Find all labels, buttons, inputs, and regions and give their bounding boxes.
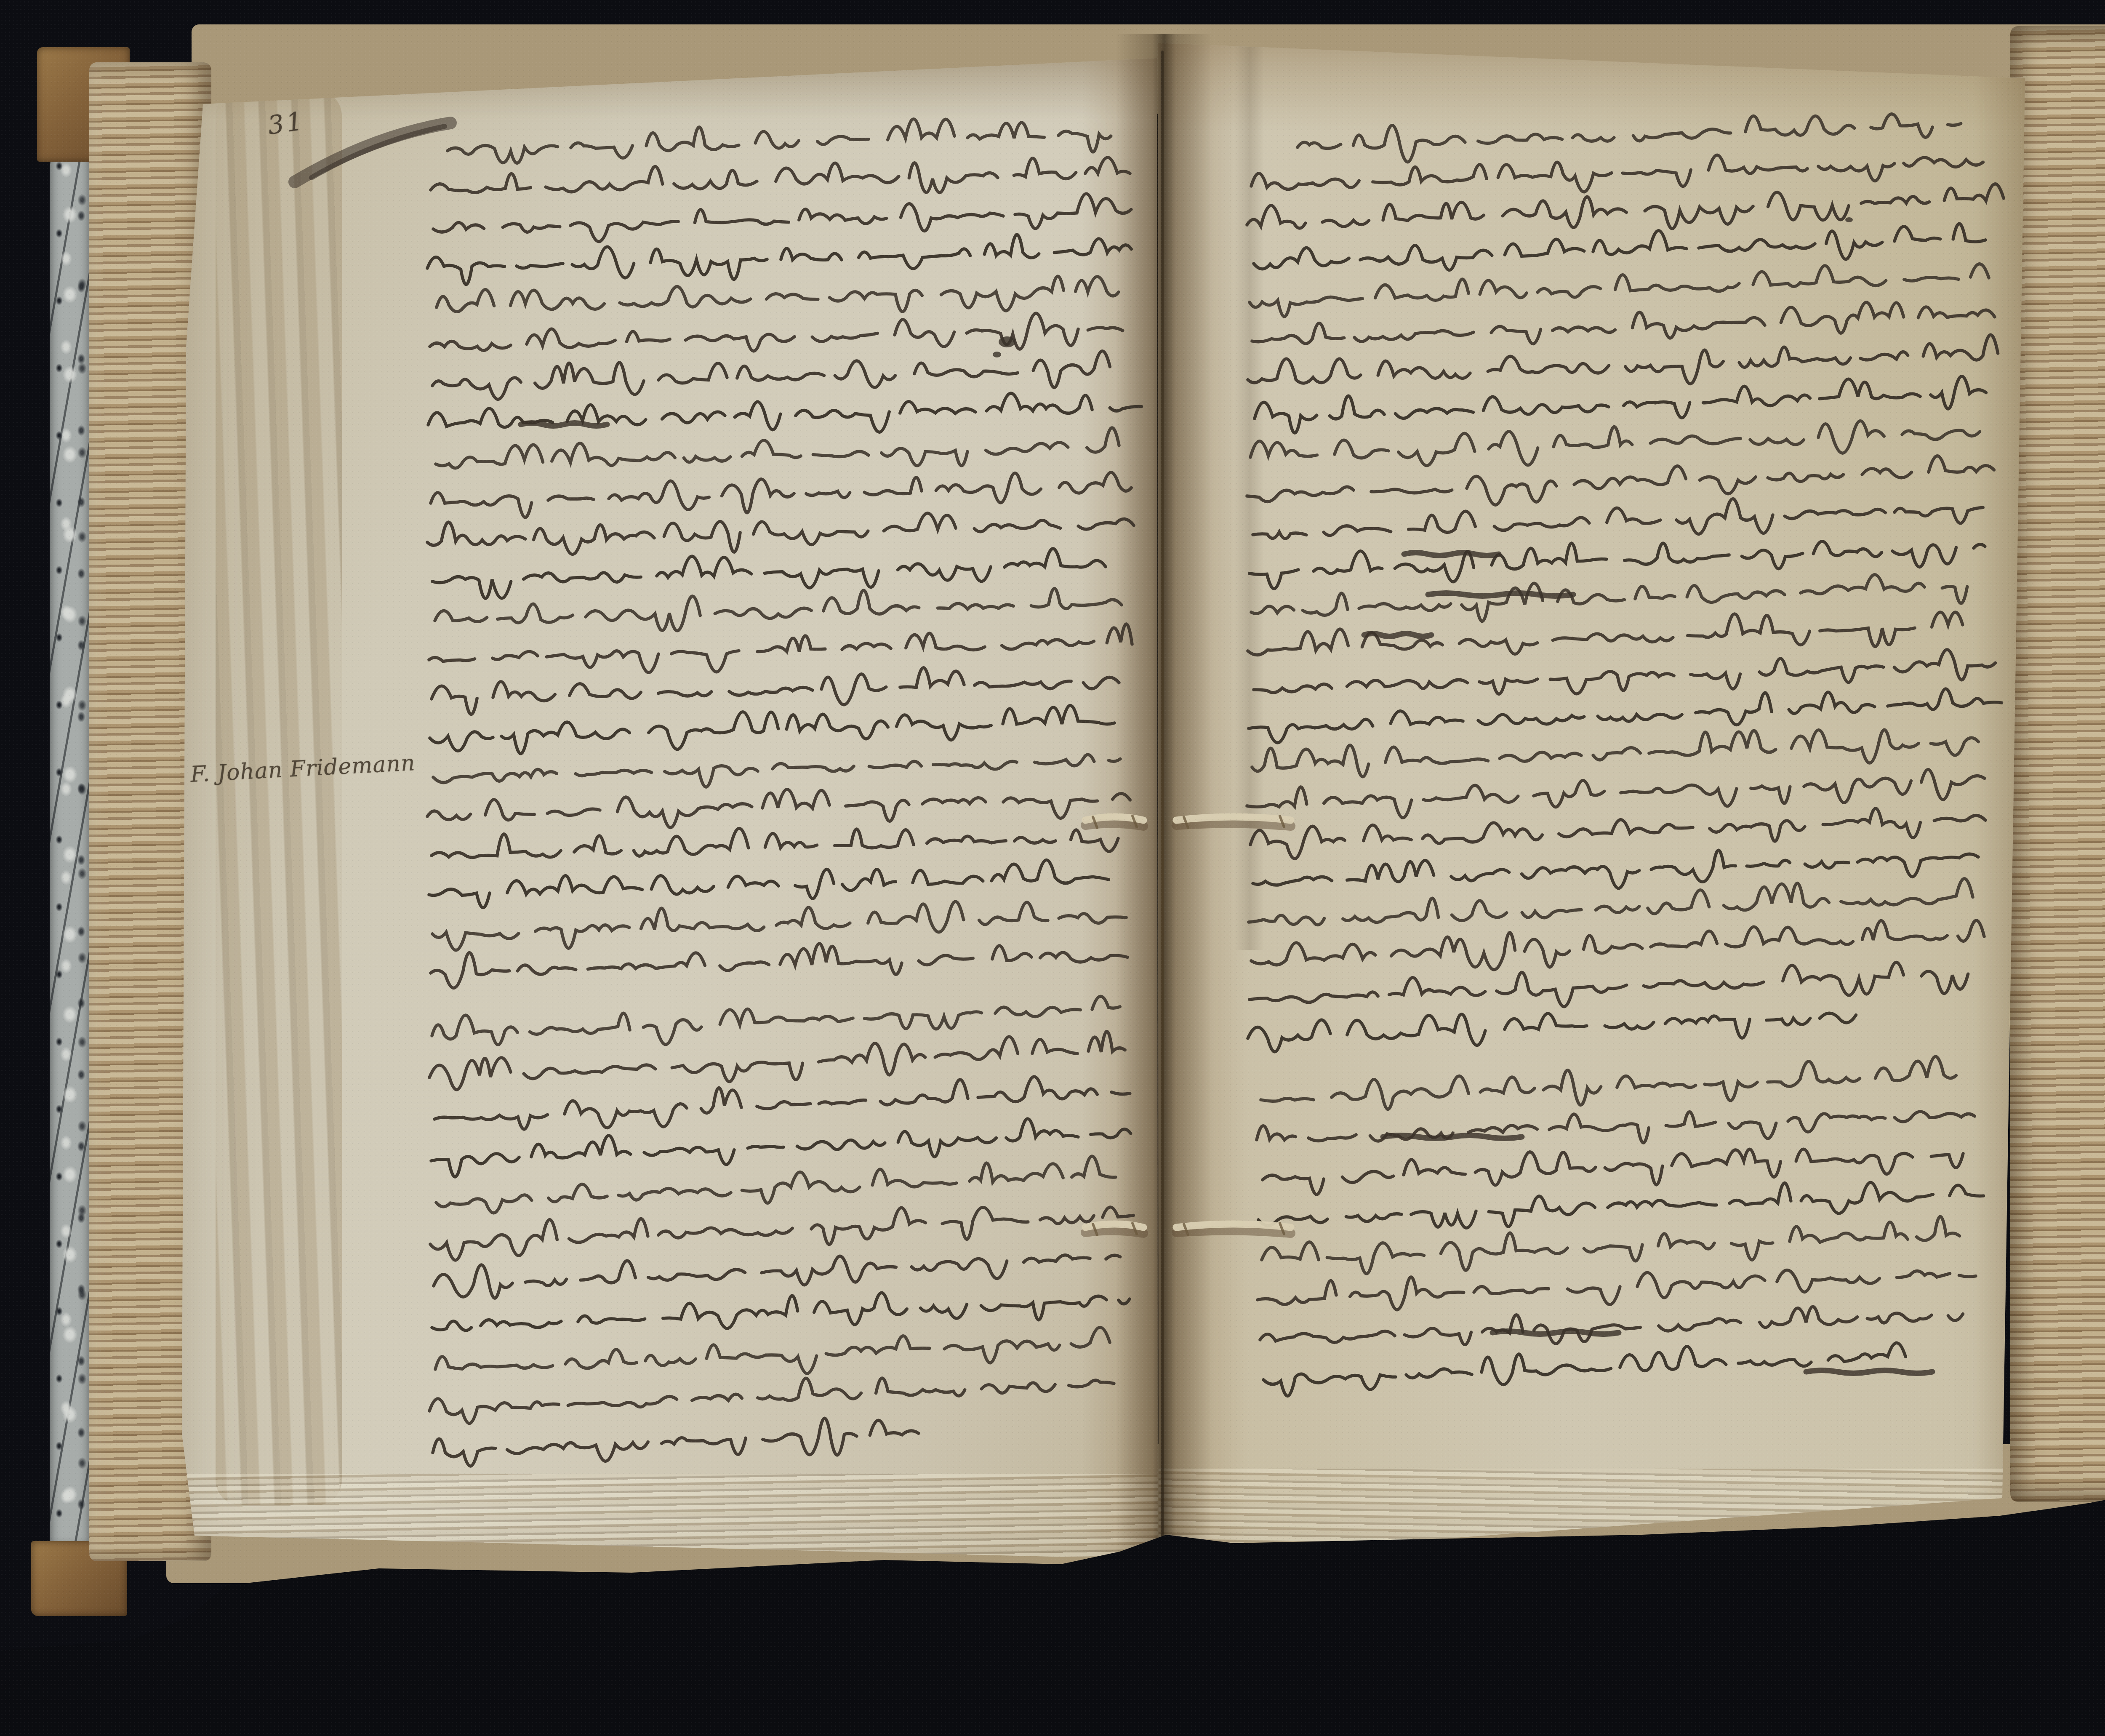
handwriting-layer <box>0 0 2105 1736</box>
page-number: 31 <box>266 106 307 141</box>
photo-of-open-manuscript-book: 31 F. Johan Fridemann <box>0 0 2105 1736</box>
